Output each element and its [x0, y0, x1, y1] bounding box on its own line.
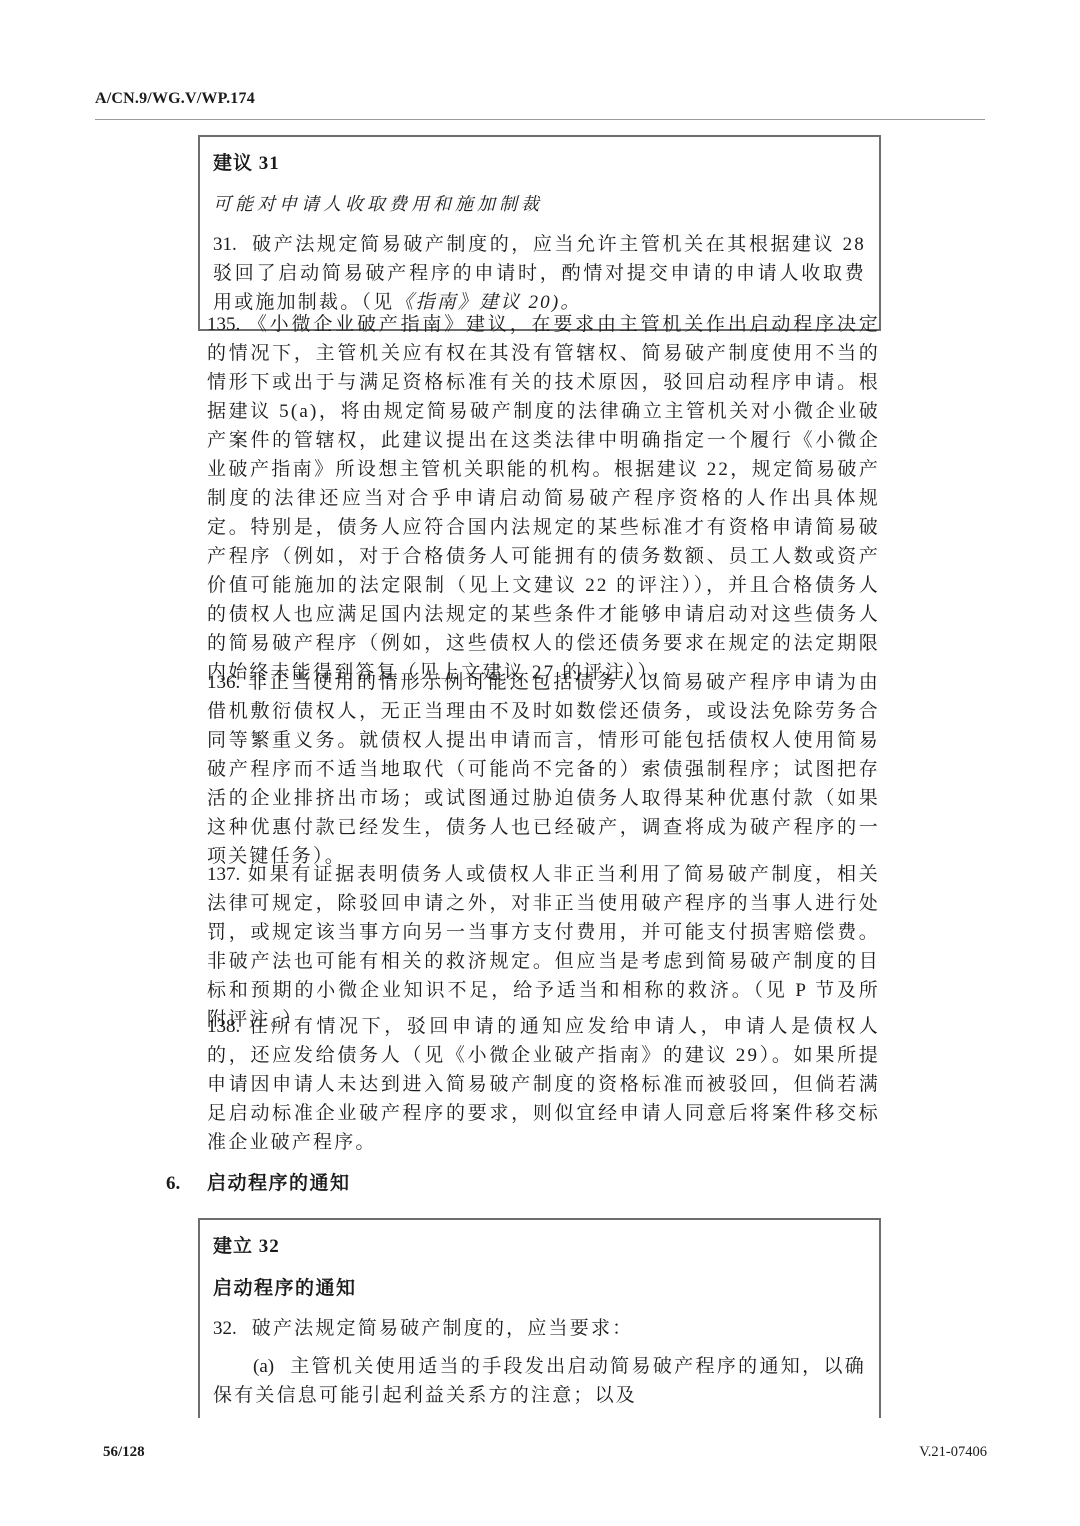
section-6-heading: 6.启动程序的通知 [166, 1168, 351, 1195]
paragraph-136: 136.非正当使用的情形示例可能还包括债务人以简易破产程序申请为由借机敷衍债权人… [207, 668, 880, 871]
paragraph-number: 135. [207, 314, 240, 335]
recommendation-31-box: 建议 31 可能对申请人收取费用和施加制裁 31.破产法规定简易破产制度的，应当… [198, 135, 881, 331]
paragraph-number: 31. [213, 234, 237, 255]
paragraph-number: 136. [207, 672, 240, 693]
recommendation-32-intro: 32.破产法规定简易破产制度的，应当要求： [213, 1314, 866, 1343]
recommendation-31-paragraph: 31.破产法规定简易破产制度的，应当允许主管机关在其根据建议 28 驳回了启动简… [213, 230, 866, 317]
paragraph-text: 在所有情况下，驳回申请的通知应发给申请人，申请人是债权人的，还应发给债务人（见《… [207, 1016, 880, 1153]
item-letter: (a) [253, 1356, 274, 1377]
footer-page-number: 56/128 [103, 1444, 145, 1461]
header-rule [95, 119, 985, 120]
recommendation-32-item-a: (a)主管机关使用适当的手段发出启动简易破产程序的通知，以确保有关信息可能引起利… [213, 1352, 866, 1410]
item-text: 主管机关使用适当的手段发出启动简易破产程序的通知，以确保有关信息可能引起利益关系… [213, 1356, 866, 1406]
paragraph-number: 32. [213, 1318, 237, 1339]
paragraph-135: 135.《小微企业破产指南》建议，在要求由主管机关作出启动程序决定的情况下，主管… [207, 310, 880, 687]
doc-symbol: A/CN.9/WG.V/WP.174 [95, 90, 255, 108]
recommendation-32-title: 建立 32 [213, 1231, 866, 1258]
recommendation-31-subtitle: 可能对申请人收取费用和施加制裁 [213, 190, 866, 216]
section-title: 启动程序的通知 [207, 1173, 351, 1194]
paragraph-text: 非正当使用的情形示例可能还包括债务人以简易破产程序申请为由借机敷衍债权人，无正当… [207, 672, 880, 867]
recommendation-32-subtitle: 启动程序的通知 [213, 1273, 866, 1300]
paragraph-number: 137. [207, 864, 240, 885]
paragraph-text: 如果有证据表明债务人或债权人非正当利用了简易破产制度，相关法律可规定，除驳回申请… [207, 864, 880, 1030]
footer-doc-code: V.21-07406 [919, 1444, 987, 1461]
recommendation-32-box: 建立 32 启动程序的通知 32.破产法规定简易破产制度的，应当要求： (a)主… [198, 1218, 881, 1418]
paragraph-137: 137.如果有证据表明债务人或债权人非正当利用了简易破产制度，相关法律可规定，除… [207, 860, 880, 1034]
section-number: 6. [166, 1173, 207, 1195]
paragraph-138: 138.在所有情况下，驳回申请的通知应发给申请人，申请人是债权人的，还应发给债务… [207, 1012, 880, 1157]
paragraph-text: 破产法规定简易破产制度的，应当要求： [252, 1318, 634, 1339]
paragraph-number: 138. [207, 1016, 240, 1037]
paragraph-text: 《小微企业破产指南》建议，在要求由主管机关作出启动程序决定的情况下，主管机关应有… [207, 314, 880, 683]
document-page: A/CN.9/WG.V/WP.174 建议 31 可能对申请人收取费用和施加制裁… [0, 0, 1080, 1526]
recommendation-31-title: 建议 31 [213, 148, 866, 175]
